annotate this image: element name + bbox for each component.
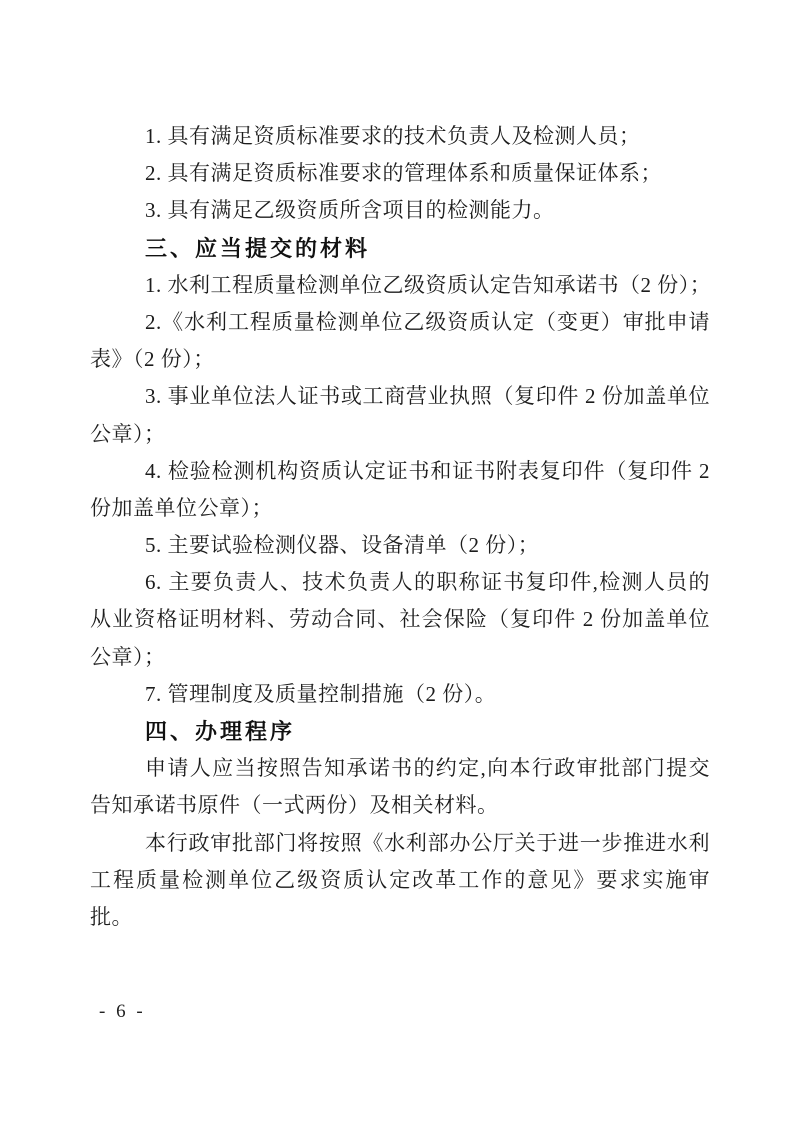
text-line: 表》（2 份）； (90, 341, 710, 378)
document-page: 1. 具有满足资质标准要求的技术负责人及检测人员；2. 具有满足资质标准要求的管… (0, 0, 794, 1123)
text-line: 2.《水利工程质量检测单位乙级资质认定（变更）审批申请 (90, 304, 710, 341)
section-heading: 四、办理程序 (90, 713, 710, 750)
text-line: 批。 (90, 899, 710, 936)
text-line: 从业资格证明材料、劳动合同、社会保险（复印件 2 份加盖单位 (90, 601, 710, 638)
text-line: 公章）； (90, 639, 710, 676)
text-line: 工程质量检测单位乙级资质认定改革工作的意见》要求实施审 (90, 862, 710, 899)
text-line: 份加盖单位公章）； (90, 490, 710, 527)
text-line: 7. 管理制度及质量控制措施（2 份）。 (90, 676, 710, 713)
text-line: 6. 主要负责人、技术负责人的职称证书复印件,检测人员的 (90, 564, 710, 601)
text-line: 申请人应当按照告知承诺书的约定,向本行政审批部门提交 (90, 750, 710, 787)
text-line: 公章）； (90, 416, 710, 453)
text-line: 本行政审批部门将按照《水利部办公厅关于进一步推进水利 (90, 825, 710, 862)
document-content: 1. 具有满足资质标准要求的技术负责人及检测人员；2. 具有满足资质标准要求的管… (90, 118, 710, 936)
text-line: 3. 具有满足乙级资质所含项目的检测能力。 (90, 192, 710, 229)
text-line: 1. 水利工程质量检测单位乙级资质认定告知承诺书（2 份）； (90, 267, 710, 304)
text-line: 4. 检验检测机构资质认定证书和证书附表复印件（复印件 2 (90, 453, 710, 490)
text-line: 1. 具有满足资质标准要求的技术负责人及检测人员； (90, 118, 710, 155)
section-heading: 三、应当提交的材料 (90, 230, 710, 267)
text-line: 2. 具有满足资质标准要求的管理体系和质量保证体系； (90, 155, 710, 192)
page-number: - 6 - (99, 999, 146, 1025)
text-line: 5. 主要试验检测仪器、设备清单（2 份）； (90, 527, 710, 564)
text-line: 3. 事业单位法人证书或工商营业执照（复印件 2 份加盖单位 (90, 378, 710, 415)
text-line: 告知承诺书原件（一式两份）及相关材料。 (90, 787, 710, 824)
